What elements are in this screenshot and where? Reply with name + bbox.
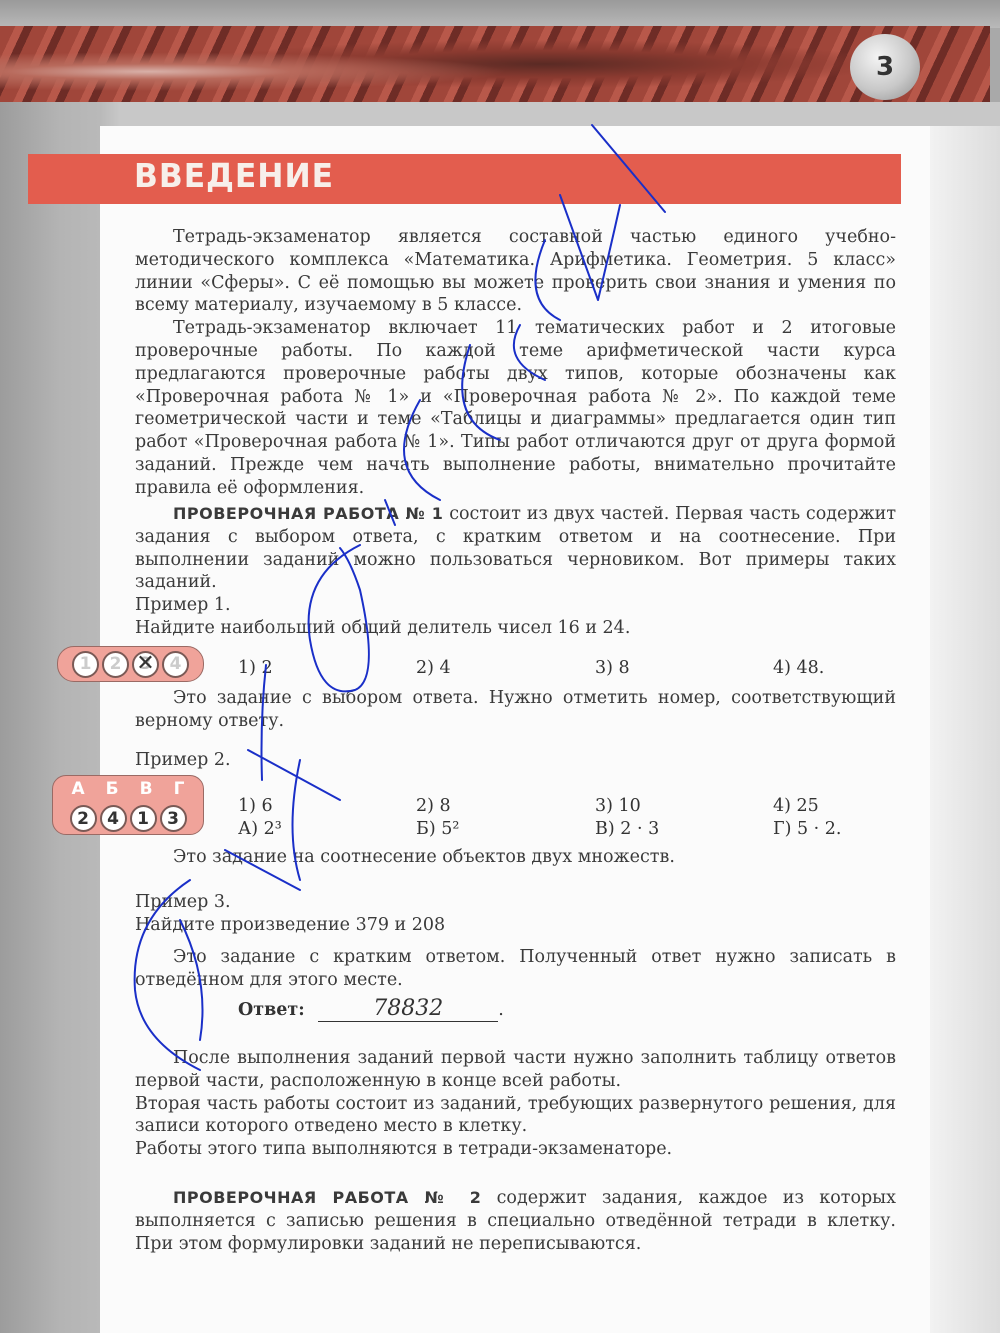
pen-scribble-overlay (0, 0, 1000, 1333)
